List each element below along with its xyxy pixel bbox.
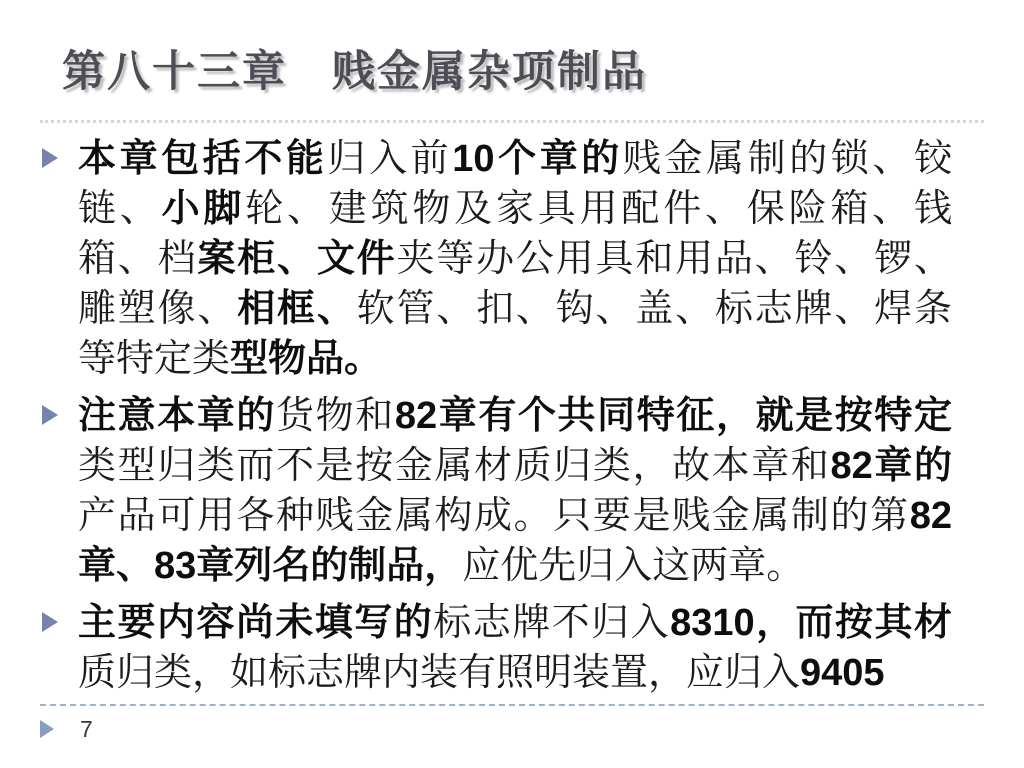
slide: 第八十三章 贱金属杂项制品 本章包括不能归入前10个章的贱金属制的锁、铰链、小脚… [0, 0, 1024, 768]
footer-arrow-icon [40, 720, 54, 738]
footer-divider [40, 704, 984, 706]
bullet-triangle-icon [42, 612, 58, 632]
bullet-item: 注意本章的货物和82章有个共同特征，就是按特定类型归类而不是按金属材质归类，故本… [40, 391, 952, 591]
bullet-triangle-icon [42, 148, 58, 168]
bullet-text: 注意本章的货物和82章有个共同特征，就是按特定类型归类而不是按金属材质归类，故本… [78, 395, 952, 587]
bullet-list: 本章包括不能归入前10个章的贱金属制的锁、铰链、小脚轮、建筑物及家具用配件、保险… [40, 134, 952, 705]
bullet-text: 主要内容尚未填写的标志牌不归入8310，而按其材质归类，如标志牌内装有照明装置，… [78, 602, 952, 694]
bullet-item: 本章包括不能归入前10个章的贱金属制的锁、铰链、小脚轮、建筑物及家具用配件、保险… [40, 134, 952, 384]
page-number: 7 [80, 716, 93, 743]
title-divider [40, 120, 984, 123]
bullet-text: 本章包括不能归入前10个章的贱金属制的锁、铰链、小脚轮、建筑物及家具用配件、保险… [78, 138, 952, 380]
bullet-item: 主要内容尚未填写的标志牌不归入8310，而按其材质归类，如标志牌内装有照明装置，… [40, 598, 952, 698]
footer: 7 [40, 712, 93, 746]
slide-title: 第八十三章 贱金属杂项制品 [62, 38, 647, 99]
bullet-triangle-icon [42, 405, 58, 425]
